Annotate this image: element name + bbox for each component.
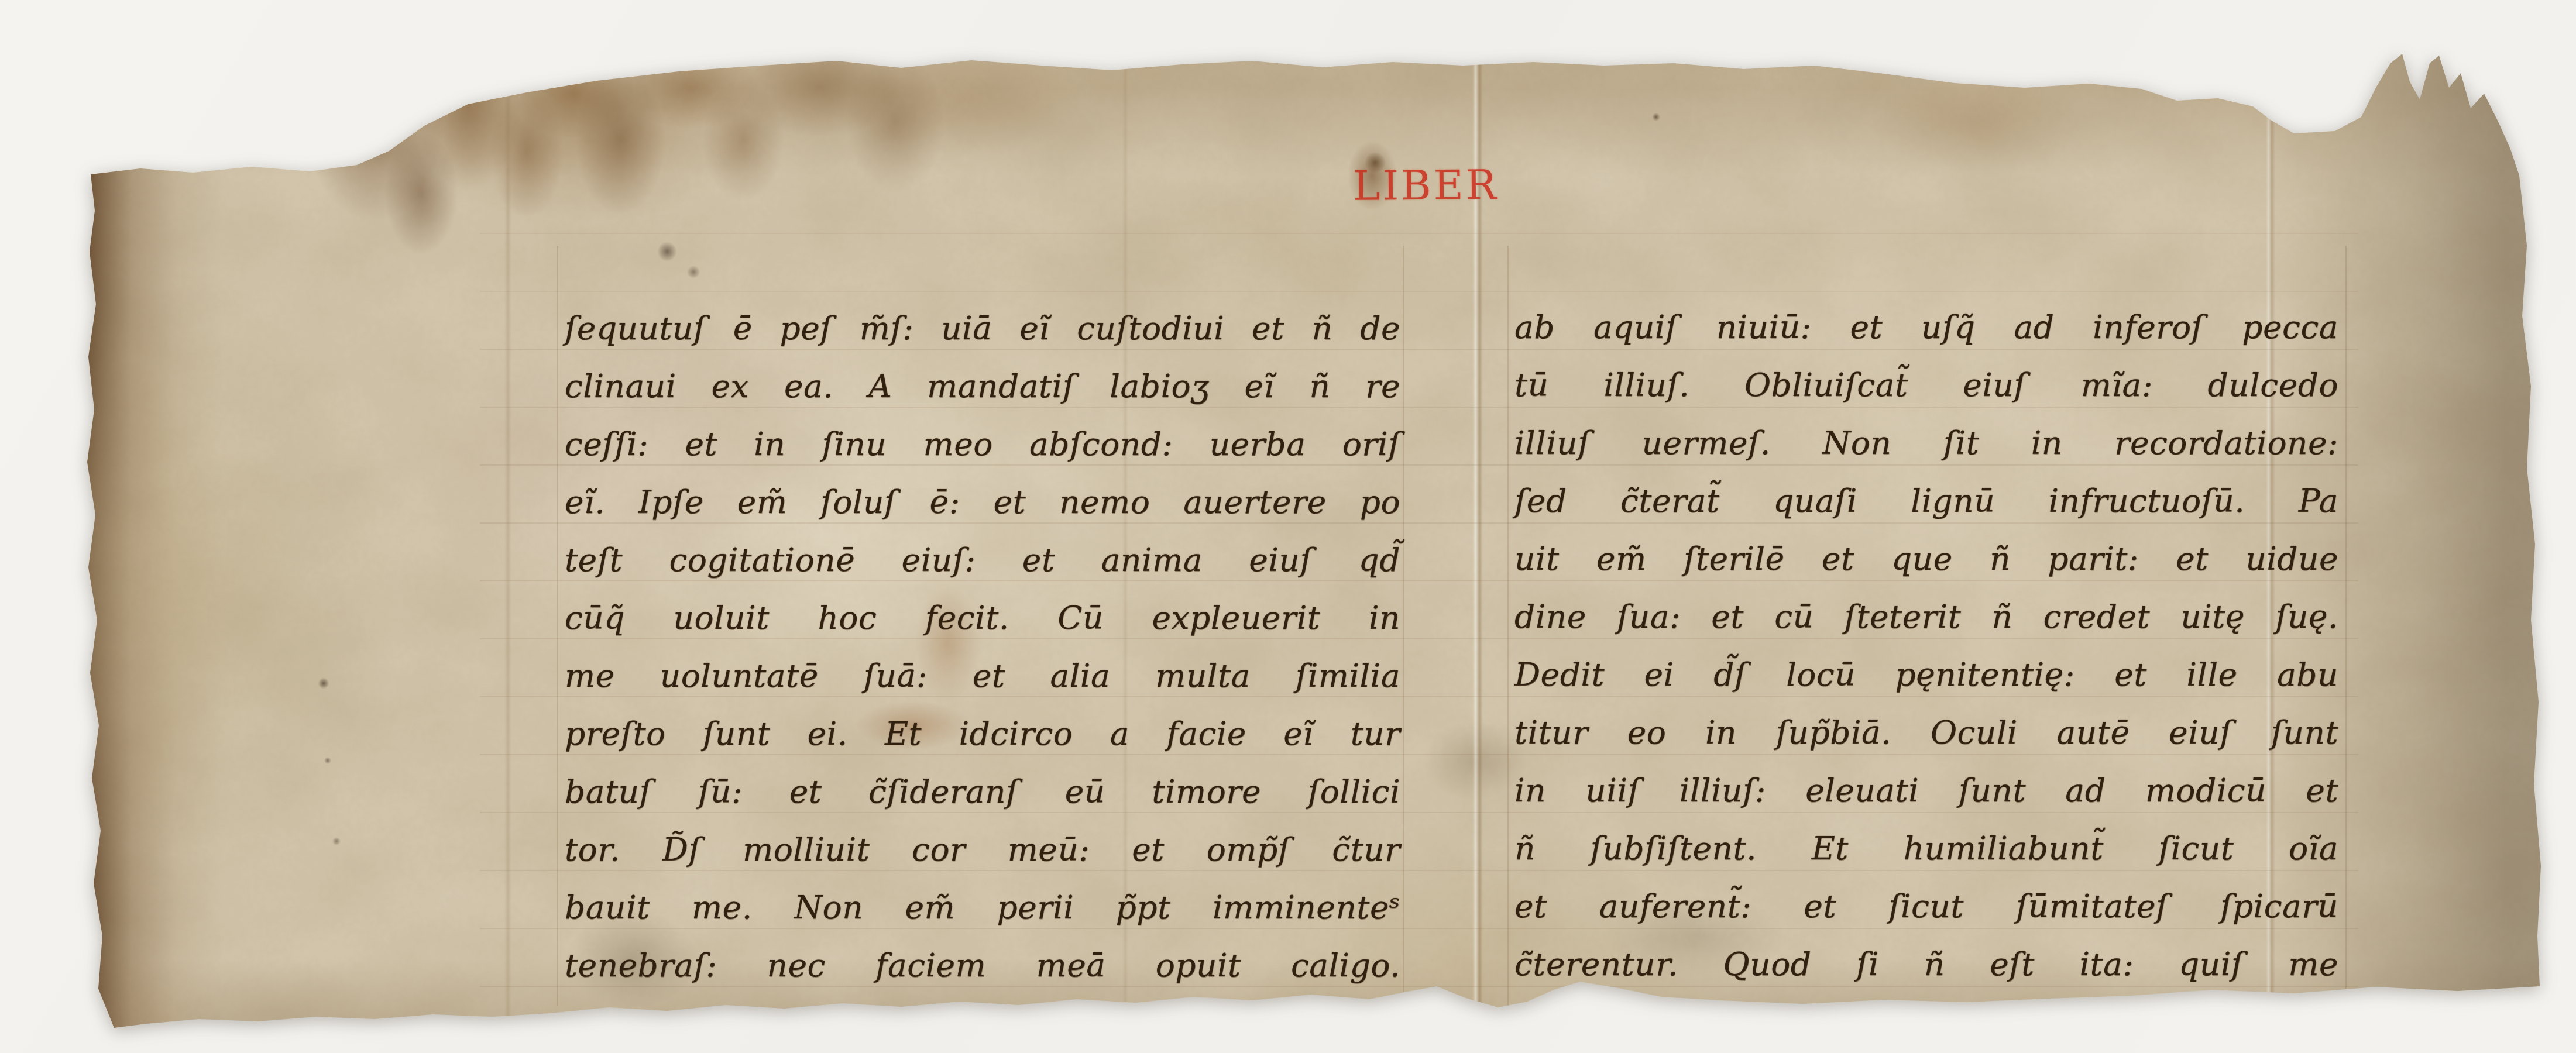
ruling-line <box>480 1044 2358 1045</box>
text-line: ñ ſubſiſtent. Et humiliabunt̃ ſicut oĩa <box>1514 820 2338 877</box>
text-line: cūq̃ uoluit hoc fecit. Cū expleuerit in <box>565 589 1400 647</box>
text-line: Dedit ei d̃ſ locū pęnitentię: et ille ab… <box>1514 646 2338 704</box>
text-line: Ab omnipotente ñ ſunt abſcondita tempora <box>565 994 1400 1052</box>
text-line: ceſſi: et in ſinu meo abſcond: uerba ori… <box>565 415 1400 473</box>
text-line: me uoluntatē ſuā: et alia multa ſimilia <box>565 647 1400 705</box>
text-line: c̃terentur. Quod ſi ñ eſt ita: quiſ me <box>1514 935 2338 993</box>
manuscript-leaf: LIBER ſequutuſ ē peſ m̃ſ: uiā eĩ cuſtodi… <box>0 0 2576 1053</box>
text-column-left: ſequutuſ ē peſ m̃ſ: uiā eĩ cuſtodiui et … <box>565 300 1400 1052</box>
text-line: et auferent̃: et ſicut ſūmitateſ ſpicarū <box>1514 877 2338 935</box>
text-line: preſto ſunt ei. Et idcirco a facie eĩ tu… <box>565 705 1400 763</box>
vertical-ruling-right-inner <box>1507 246 1509 1006</box>
text-column-right: ab aquiſ niuiū: et uſq̃ ad inferoſ pecca… <box>1514 298 2338 993</box>
text-line: batuſ ſū: et c̃ſideranſ eū timore ſollic… <box>565 763 1400 821</box>
vertical-ruling-left-inner <box>1403 246 1404 1000</box>
text-line: dine ſua: et cū ſteterit ñ credet uitę ſ… <box>1514 588 2338 646</box>
text-line: ſequutuſ ē peſ m̃ſ: uiā eĩ cuſtodiui et … <box>565 300 1400 357</box>
text-line: clinaui ex ea. A mandatiſ labioʒ eĩ ñ re <box>565 357 1400 415</box>
vertical-ruling-left-outer <box>557 246 558 1006</box>
text-line: ab aquiſ niuiū: et uſq̃ ad inferoſ pecca <box>1514 298 2338 356</box>
text-line: teſt cogitationē eiuſ: et anima eiuſ qd̃ <box>565 531 1400 589</box>
text-line: in uiiſ illiuſ: eleuati ſunt ad modicū e… <box>1514 762 2338 820</box>
text-line: ſed c̃terat̃ quaſi lignū infructuoſū. Pa <box>1514 472 2338 530</box>
vertical-ruling-right-outer <box>2345 246 2347 992</box>
text-line: illiuſ uermeſ. Non ſit in recordatione: <box>1514 414 2338 472</box>
text-line: uit em̃ ſterilē et que ñ parit: et uidue <box>1514 530 2338 588</box>
running-title-rubric: LIBER <box>1353 164 1499 207</box>
leaf-shadow: LIBER ſequutuſ ē peſ m̃ſ: uiā eĩ cuſtodi… <box>0 0 2576 1053</box>
text-line: tor. D̃ſ molliuit cor meū: et omp̃ſ c̃tu… <box>565 821 1400 879</box>
text-line: tū illiuſ. Obliuiſcat̃ eiuſ mĩa: dulcedo <box>1514 356 2338 414</box>
text-line: tenebraſ: nec faciem meā opuit caligo. <box>565 937 1400 994</box>
scanned-page: LIBER ſequutuſ ē peſ m̃ſ: uiā eĩ cuſtodi… <box>0 0 2576 1053</box>
text-line: eĩ. Ipſe em̃ ſoluſ ē: et nemo auertere p… <box>565 473 1400 531</box>
text-line: bauit me. Non em̃ perii p̃pt imminenteˢ <box>565 879 1400 937</box>
text-line: titur eo in ſup̃biā. Oculi autē eiuſ ſun… <box>1514 704 2338 762</box>
